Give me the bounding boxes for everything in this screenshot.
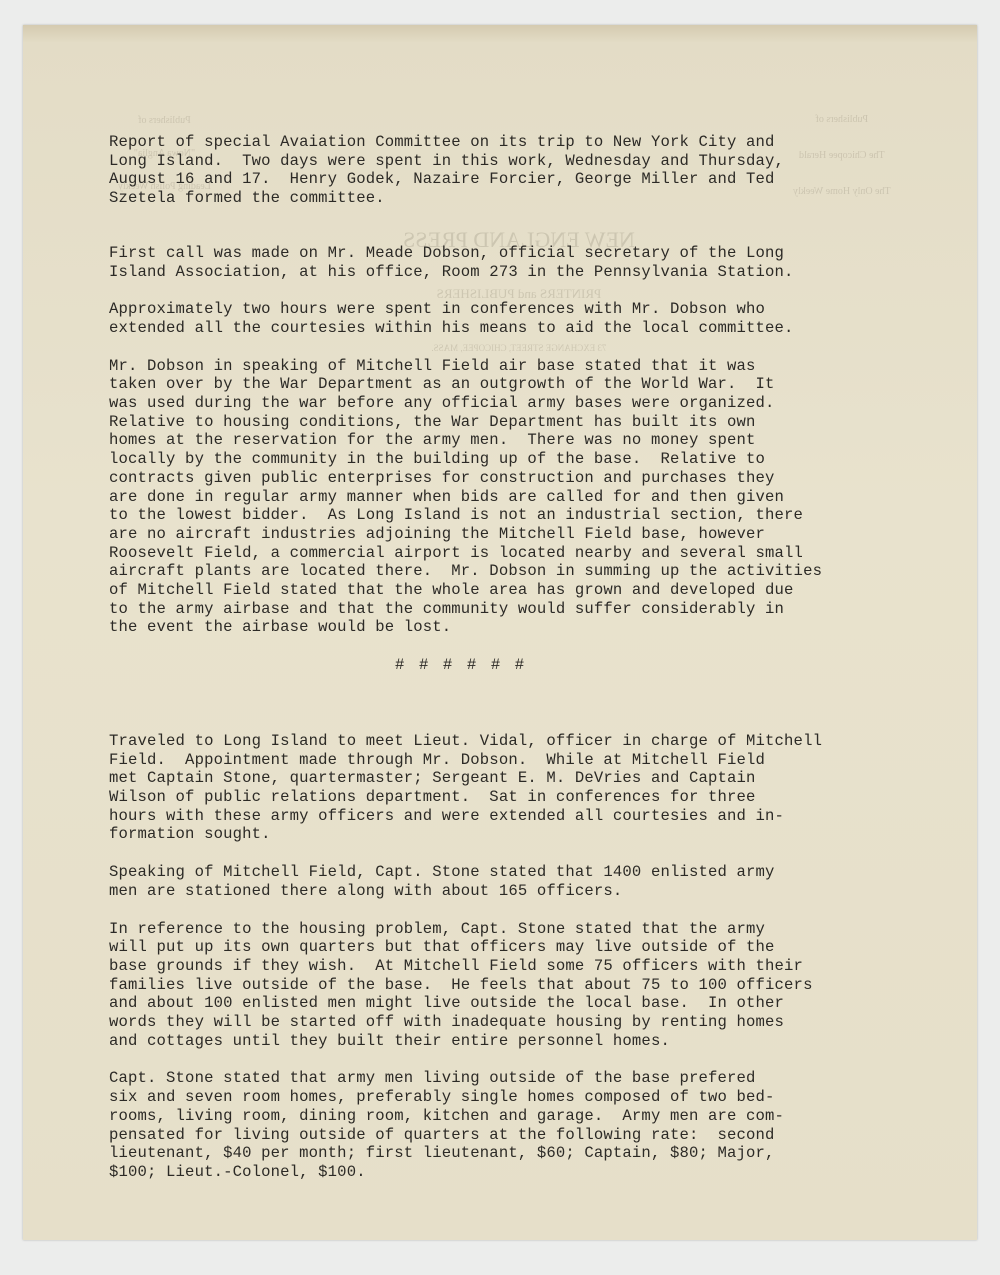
text-line: locally by the community in the building… [109,450,969,469]
text-line: men are stationed there along with about… [109,882,969,901]
text-line: was used during the war before any offic… [109,394,969,413]
paragraph-intro: Report of special Avaiation Committee on… [109,133,969,208]
paragraph-conferences: Approximately two hours were spent in co… [109,300,969,337]
paragraph-first-call: First call was made on Mr. Meade Dobson,… [109,244,969,281]
text-line: Report of special Avaiation Committee on… [109,133,969,152]
text-line: to the army airbase and that the communi… [109,600,969,619]
text-line: lieutenant, $40 per month; first lieuten… [109,1144,969,1163]
text-line: August 16 and 17. Henry Godek, Nazaire F… [109,170,969,189]
text-line: In reference to the housing problem, Cap… [109,920,969,939]
text-line: Field. Appointment made through Mr. Dobs… [109,751,969,770]
text-line: Speaking of Mitchell Field, Capt. Stone … [109,863,969,882]
text-line: and cottages until they built their enti… [109,1032,969,1051]
text-line: contracts given public enterprises for c… [109,469,969,488]
text-line: will put up its own quarters but that of… [109,938,969,957]
text-line: Traveled to Long Island to meet Lieut. V… [109,732,969,751]
paragraph-housing-problem: In reference to the housing problem, Cap… [109,920,969,1051]
text-line: are no aircraft industries adjoining the… [109,525,969,544]
text-line: pensated for living outside of quarters … [109,1126,969,1145]
text-line: and about 100 enlisted men might live ou… [109,994,969,1013]
text-line: the event the airbase would be lost. [109,618,969,637]
paragraph-dobson-statement: Mr. Dobson in speaking of Mitchell Field… [109,357,969,638]
typed-report-page: Publishers of "Nowa Anglia" Leading Poli… [23,25,977,1240]
text-line: Mr. Dobson in speaking of Mitchell Field… [109,357,969,376]
section-separator: ###### [109,656,969,675]
text-line: of Mitchell Field stated that the whole … [109,581,969,600]
paragraph-mitchell-visit: Traveled to Long Island to meet Lieut. V… [109,732,969,844]
text-line: Long Island. Two days were spent in this… [109,152,969,171]
text-line: Wilson of public relations department. S… [109,788,969,807]
text-line: base grounds if they wish. At Mitchell F… [109,957,969,976]
text-line: to the lowest bidder. As Long Island is … [109,506,969,525]
text-line: met Captain Stone, quartermaster; Sergea… [109,769,969,788]
text-line: aircraft plants are located there. Mr. D… [109,562,969,581]
text-line: extended all the courtesies within his m… [109,319,969,338]
text-line: Capt. Stone stated that army men living … [109,1069,969,1088]
text-line: are done in regular army manner when bid… [109,488,969,507]
paragraph-personnel-count: Speaking of Mitchell Field, Capt. Stone … [109,863,969,900]
ghost-line: Publishers of [793,114,891,126]
text-line: rooms, living room, dining room, kitchen… [109,1107,969,1126]
text-line: families live outside of the base. He fe… [109,976,969,995]
text-line: Roosevelt Field, a commercial airport is… [109,544,969,563]
text-line: Island Association, at his office, Room … [109,263,969,282]
text-line: hours with these army officers and were … [109,807,969,826]
text-line: First call was made on Mr. Meade Dobson,… [109,244,969,263]
paragraph-compensation: Capt. Stone stated that army men living … [109,1069,969,1181]
text-line: six and seven room homes, preferably sin… [109,1088,969,1107]
text-line: $100; Lieut.-Colonel, $100. [109,1163,969,1182]
report-body: Report of special Avaiation Committee on… [109,133,969,1182]
text-line: Szetela formed the committee. [109,189,969,208]
text-line: taken over by the War Department as an o… [109,375,969,394]
text-line: homes at the reservation for the army me… [109,431,969,450]
text-line: words they will be started off with inad… [109,1013,969,1032]
text-line: Relative to housing conditions, the War … [109,413,969,432]
ghost-line: Publishers of [118,115,211,126]
text-line: Approximately two hours were spent in co… [109,300,969,319]
text-line: formation sought. [109,825,969,844]
